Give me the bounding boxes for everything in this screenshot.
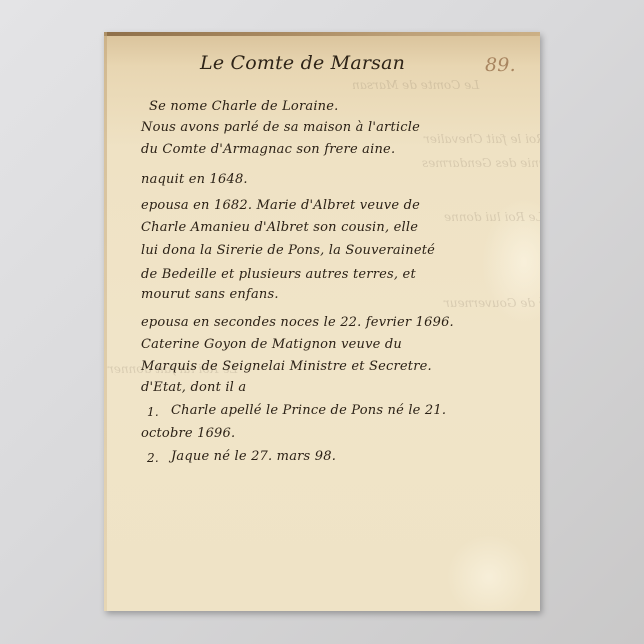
manuscript-line: du Comte d'Armagnac son frere aine. [141,142,395,157]
bleed-through-text: Le Roi lui donne [444,210,540,224]
manuscript-line: Marquis de Seignelai Ministre et Secretr… [141,359,432,374]
child-entry: Jaque né le 27. mars 98. [171,449,336,464]
folio-number: 89. [485,54,516,76]
poster-print: Le Comte de Marsan Le Roi le fait Cheval… [104,32,540,611]
bleed-through-text: Le Comte de Marsan [352,78,479,92]
child-number: 2. [147,451,159,465]
manuscript-line: Nous avons parlé de sa maison à l'articl… [141,120,420,135]
manuscript-line: mourut sans enfans. [141,287,279,302]
manuscript-line: Se nome Charle de Loraine. [149,99,338,114]
manuscript-line: epousa en secondes noces le 22. fevrier … [141,315,454,330]
manuscript-line: naquit en 1648. [141,172,248,187]
child-number: 1. [147,405,159,419]
manuscript-line: Charle Amanieu d'Albret son cousin, elle [141,220,418,235]
manuscript-line: Caterine Goyon de Matignon veuve du [141,337,402,352]
bleed-through-text: Le Roi le fait Chevalier [424,132,540,146]
document-title: Le Comte de Marsan [200,52,405,74]
manuscript-line: de Bedeille et plusieurs autres terres, … [141,267,416,282]
child-entry: Charle apellé le Prince de Pons né le 21… [171,403,446,418]
manuscript-line: d'Etat, dont il a [141,380,246,395]
bleed-through-text: qualité de Gouverneur [444,296,540,310]
manuscript-line: epousa en 1682. Marie d'Albret veuve de [141,198,420,213]
manuscript-line: lui dona la Sirerie de Pons, la Souverai… [141,243,435,258]
bleed-through-text: Compagnie des Gendarmes [422,156,540,170]
child-entry-continuation: octobre 1696. [141,426,235,441]
